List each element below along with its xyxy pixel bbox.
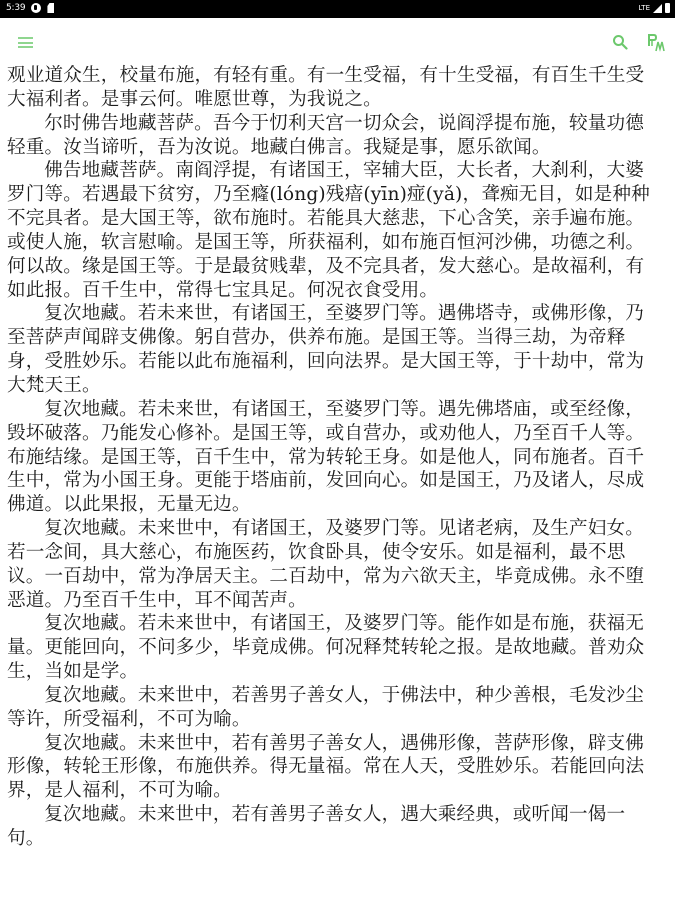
reader-content: 观业道众生，校量布施，有轻有重。有一生受福，有十生受福，有百生千生受大福利者。是… bbox=[0, 64, 675, 851]
reader-toolbar bbox=[0, 18, 675, 64]
paragraph: 复次地藏。未来世中，有诸国王，及婆罗门等。见诸老病，及生产妇女。若一念间，具大慈… bbox=[7, 517, 661, 612]
paragraph: 佛告地藏菩萨。南阎浮提，有诸国王，宰辅大臣，大长者，大刹利，大婆罗门等。若遇最下… bbox=[7, 159, 661, 302]
status-bar: 5:39 LTE bbox=[0, 0, 675, 18]
paragraph: 复次地藏。未来世中，若有善男子善女人，遇佛形像，菩萨形像，辟支佛形像，转轮王形像… bbox=[7, 732, 661, 804]
paragraph: 复次地藏。若未来世，有诸国王，至婆罗门等。遇佛塔寺，或佛形像，乃至菩萨声闻辟支佛… bbox=[7, 302, 661, 397]
paragraph: 复次地藏。若未来世，有诸国王，至婆罗门等。遇先佛塔庙，或至经像，毁坏破落。乃能发… bbox=[7, 398, 661, 517]
status-time: 5:39 bbox=[6, 3, 25, 13]
search-icon[interactable] bbox=[612, 34, 628, 50]
status-right: LTE bbox=[638, 3, 670, 13]
paragraph: 复次地藏。若未来世中，有诸国王，及婆罗门等。能作如是布施，获福无量。更能回向，不… bbox=[7, 612, 661, 684]
notification-app-icon bbox=[31, 3, 41, 13]
battery-icon bbox=[665, 3, 670, 13]
network-type: LTE bbox=[638, 4, 650, 12]
hamburger-menu-icon[interactable] bbox=[18, 37, 33, 48]
sd-card-icon bbox=[47, 3, 54, 13]
paragraph: 复次地藏。未来世中，若善男子善女人，于佛法中，种少善根，毛发沙尘等许，所受福利，… bbox=[7, 684, 661, 732]
reader-page[interactable]: 观业道众生，校量布施，有轻有重。有一生受福，有十生受福，有百生千生受大福利者。是… bbox=[0, 64, 675, 900]
font-size-icon[interactable] bbox=[647, 32, 665, 52]
paragraph: 复次地藏。未来世中，若有善男子善女人，遇大乘经典，或听闻一偈一句。 bbox=[7, 803, 661, 851]
status-left: 5:39 bbox=[6, 3, 54, 13]
paragraph: 尔时佛告地藏菩萨。吾今于忉利天宫一切众会，说阎浮提布施，较量功德轻重。汝当谛听，… bbox=[7, 112, 661, 160]
lte-signal-icon bbox=[653, 4, 662, 13]
paragraph: 观业道众生，校量布施，有轻有重。有一生受福，有十生受福，有百生千生受大福利者。是… bbox=[7, 64, 661, 112]
